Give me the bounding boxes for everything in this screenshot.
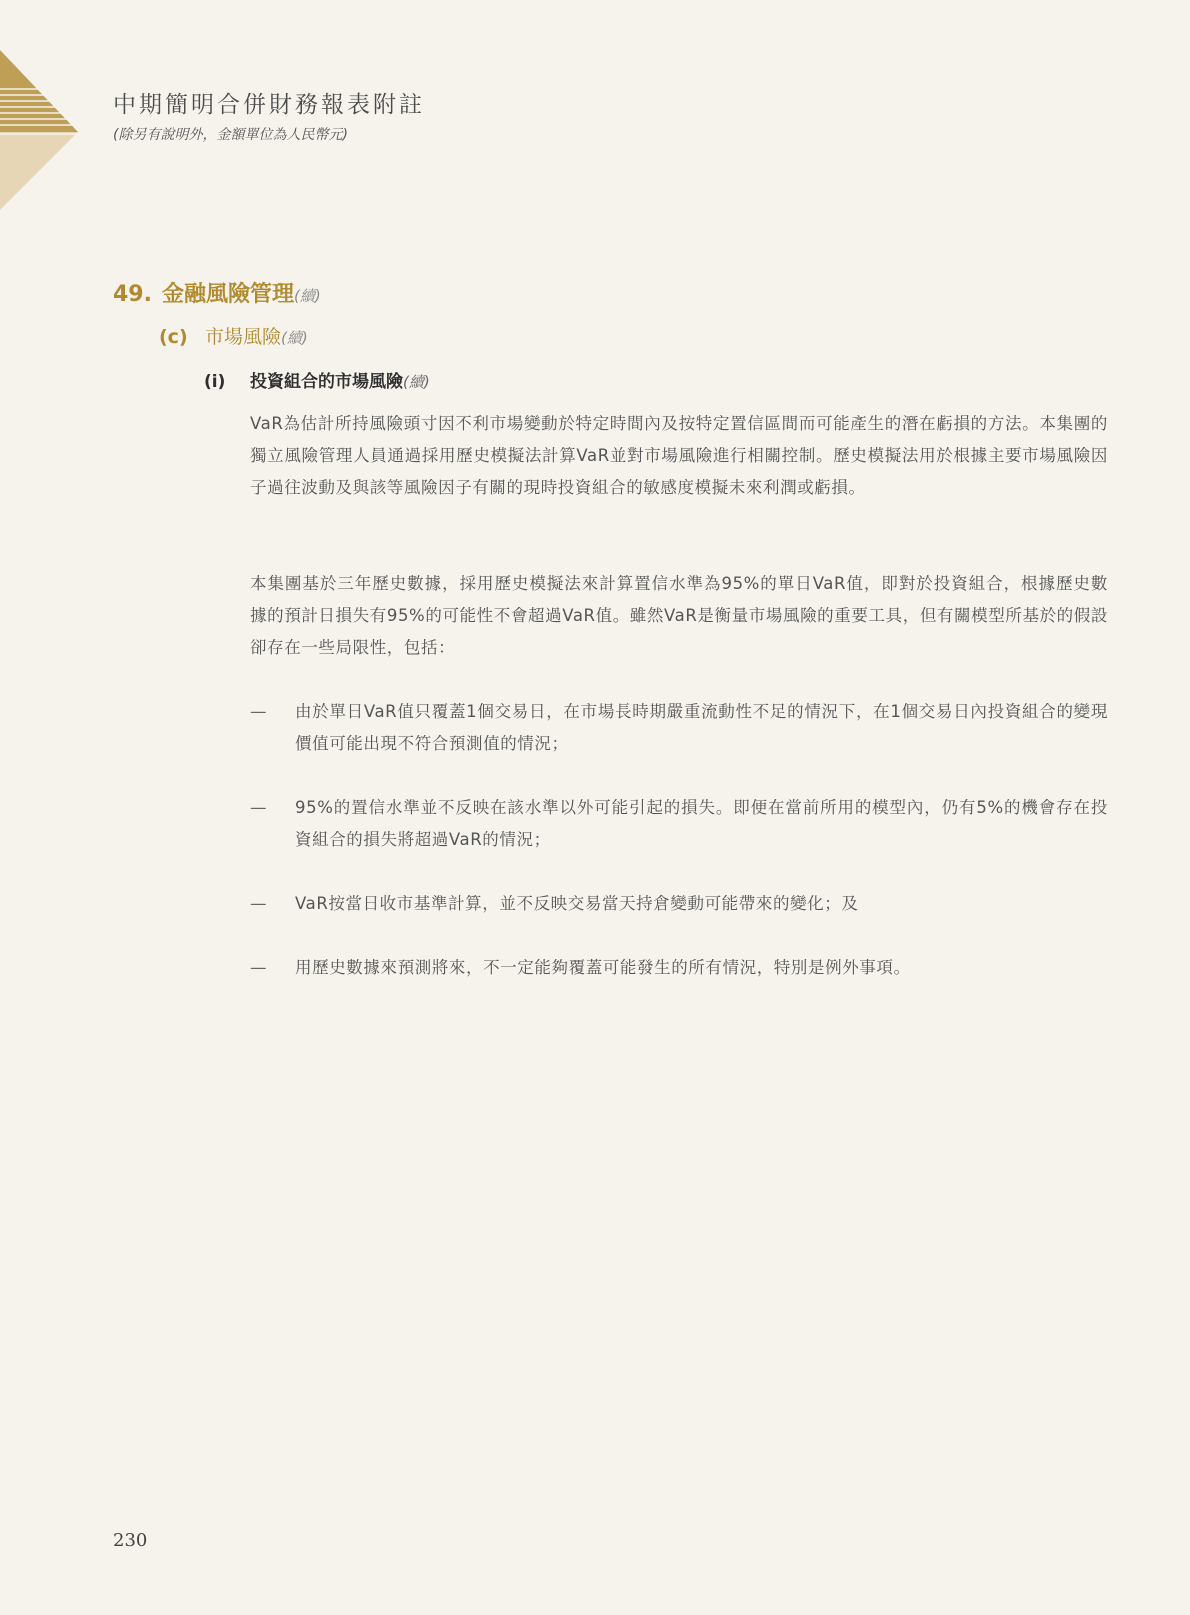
dash-bullet-icon: —	[250, 952, 295, 984]
list-item: — 由於單日VaR值只覆蓋1個交易日，在市場長時期嚴重流動性不足的情況下，在1個…	[250, 696, 1108, 760]
list-item: — 95%的置信水準並不反映在該水準以外可能引起的損失。即便在當前所用的模型內，…	[250, 792, 1108, 856]
dash-bullet-icon: —	[250, 792, 295, 856]
section-continued: (續)	[294, 287, 321, 305]
running-header-subtitle: (除另有說明外，金額單位為人民幣元)	[113, 124, 348, 144]
section-title: 金融風險管理	[162, 282, 294, 307]
item-heading: (i)投資組合的市場風險(續)	[204, 367, 430, 392]
section-heading: 49.金融風險管理(續)	[113, 277, 321, 308]
subsection-heading: (c)市場風險(續)	[159, 322, 308, 349]
paragraph-var-methodology: 本集團基於三年歷史數據，採用歷史模擬法來計算置信水準為95%的單日VaR值，即對…	[250, 568, 1108, 664]
list-item: — 用歷史數據來預測將來，不一定能夠覆蓋可能發生的所有情況，特別是例外事項。	[250, 952, 1108, 984]
list-item-text: 95%的置信水準並不反映在該水準以外可能引起的損失。即便在當前所用的模型內，仍有…	[295, 792, 1108, 856]
corner-decoration-icon	[0, 50, 80, 215]
page-number: 230	[113, 1530, 147, 1551]
dash-bullet-icon: —	[250, 696, 295, 760]
list-item-text: 由於單日VaR值只覆蓋1個交易日，在市場長時期嚴重流動性不足的情況下，在1個交易…	[295, 696, 1108, 760]
running-header-title: 中期簡明合併財務報表附註	[113, 86, 425, 119]
list-item: — VaR按當日收市基準計算，並不反映交易當天持倉變動可能帶來的變化；及	[250, 888, 1108, 920]
section-number: 49.	[113, 282, 152, 307]
item-continued: (續)	[403, 373, 430, 391]
list-item-text: VaR按當日收市基準計算，並不反映交易當天持倉變動可能帶來的變化；及	[295, 888, 1108, 920]
subsection-title: 市場風險	[205, 326, 281, 348]
item-number: (i)	[204, 372, 250, 392]
subsection-continued: (續)	[281, 329, 308, 347]
item-title: 投資組合的市場風險	[250, 372, 403, 392]
subsection-number: (c)	[159, 326, 205, 348]
paragraph-var-definition: VaR為估計所持風險頭寸因不利市場變動於特定時間內及按特定置信區間而可能產生的潛…	[250, 408, 1108, 504]
dash-bullet-icon: —	[250, 888, 295, 920]
list-item-text: 用歷史數據來預測將來，不一定能夠覆蓋可能發生的所有情況，特別是例外事項。	[295, 952, 1108, 984]
